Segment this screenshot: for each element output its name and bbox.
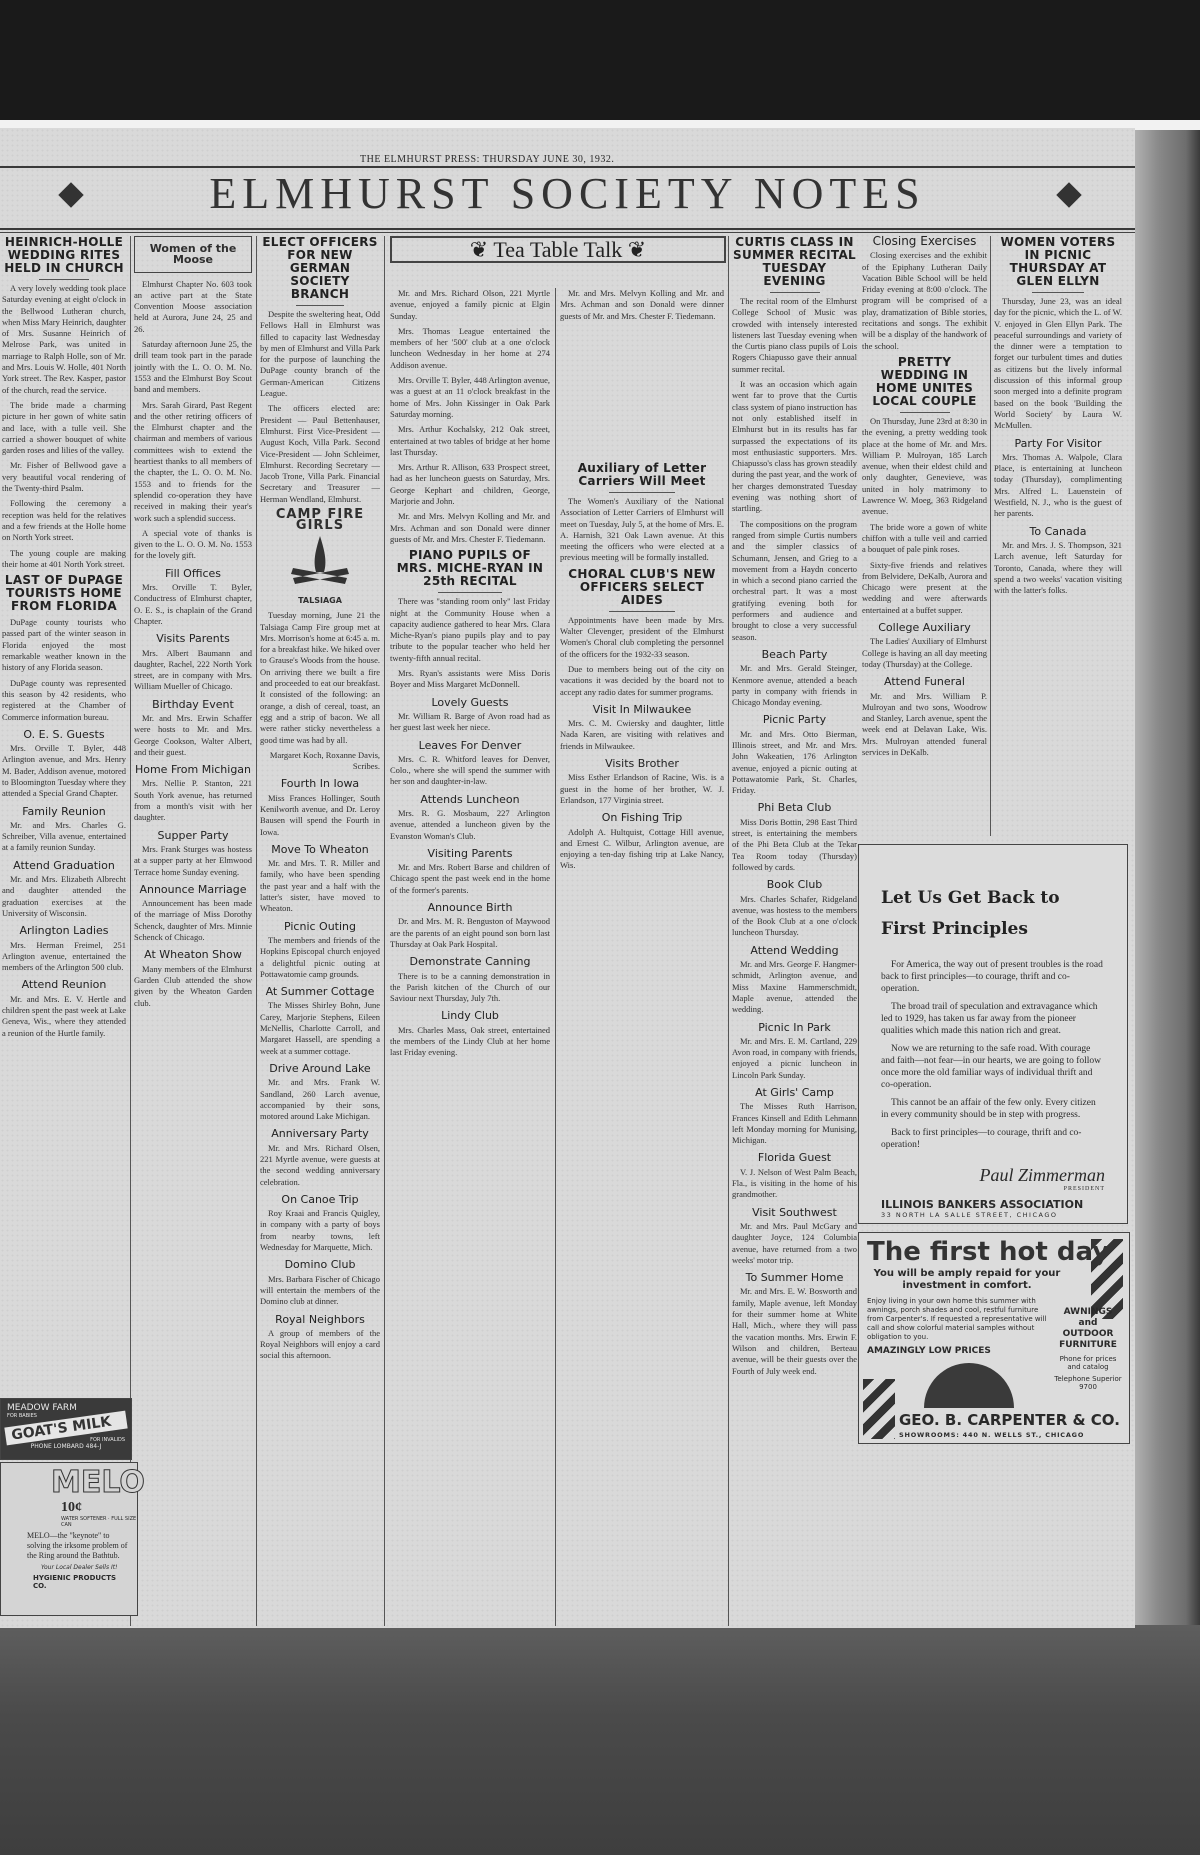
ad-paragraph: Now we are returning to the safe road. W… — [881, 1043, 1105, 1091]
camp-fire-girls-logo: CAMP FIRE GIRLS TALSIAGA — [260, 509, 380, 606]
subhead: Picnic In Park — [732, 1022, 857, 1033]
paragraph: The recital room of the Elmhurst College… — [732, 296, 857, 375]
paragraph: The members and friends of the Hopkins E… — [260, 935, 380, 980]
subhead: Visiting Parents — [390, 848, 550, 859]
paragraph: On Thursday, June 23rd at 8:30 in the ev… — [862, 416, 987, 518]
paragraph: The Misses Ruth Harrison, Frances Kinsel… — [732, 1101, 857, 1146]
ad-paragraph: For America, the way out of present trou… — [881, 959, 1105, 995]
leaf-left-icon: ❦ — [470, 237, 488, 262]
column-6: CURTIS CLASS IN SUMMER RECITAL TUESDAY E… — [732, 236, 857, 1626]
subhead: Attend Graduation — [2, 860, 126, 871]
subhead: Visit Southwest — [732, 1207, 857, 1218]
column-rule — [728, 236, 729, 1626]
running-head: THE ELMHURST PRESS: THURSDAY JUNE 30, 19… — [360, 154, 614, 165]
newspaper-page: THE ELMHURST PRESS: THURSDAY JUNE 30, 19… — [0, 128, 1135, 1628]
paragraph: The officers elected are: President — Pa… — [260, 403, 380, 505]
subhead: Supper Party — [134, 830, 252, 841]
paragraph: Mr. William R. Barge of Avon road had as… — [390, 711, 550, 734]
subhead: Leaves For Denver — [390, 740, 550, 751]
paragraph: Mrs. Herman Freimel, 251 Arlington avenu… — [2, 940, 126, 974]
column-4: Mr. and Mrs. Richard Olson, 221 Myrtle a… — [390, 288, 550, 1626]
ad-address: SHOWROOMS: 440 N. WELLS ST., CHICAGO — [899, 1431, 1084, 1439]
paragraph: The Ladies' Auxiliary of Elmhurst Colleg… — [862, 636, 987, 670]
boxed-headline: Women of the Moose — [134, 236, 252, 273]
subhead: On Fishing Trip — [560, 812, 724, 823]
paragraph: Mr. and Mrs. Elizabeth Albrecht and daug… — [2, 874, 126, 919]
paragraph: Mr. and Mrs. Robert Barse and children o… — [390, 862, 550, 896]
column-5: Mr. and Mrs. Melvyn Kolling and Mr. and … — [560, 288, 724, 1626]
subhead: Anniversary Party — [260, 1128, 380, 1139]
ad-headline: The first hot day — [867, 1239, 1121, 1265]
paragraph: Many members of the Elmhurst Garden Club… — [134, 964, 252, 1009]
paragraph: Mrs. Charles Schafer, Ridgeland avenue, … — [732, 894, 857, 939]
paragraph: There was "standing room only" last Frid… — [390, 596, 550, 664]
paragraph: Mrs. Orville T. Byler, Conductress of El… — [134, 582, 252, 627]
headline: CHORAL CLUB'S NEW OFFICERS SELECT AIDES — [560, 568, 724, 607]
subhead: Arlington Ladies — [2, 925, 126, 936]
subhead: At Wheaton Show — [134, 949, 252, 960]
ad-phone: PHONE LOMBARD 484-J — [1, 1443, 131, 1450]
tea-table-banner: ❦ Tea Table Talk ❦ — [390, 236, 726, 263]
subhead: College Auxiliary — [862, 622, 987, 633]
subhead: Birthday Event — [134, 699, 252, 710]
ad-title: Let Us Get Back to First Principles — [881, 883, 1105, 945]
signature-title: PRESIDENT — [881, 1186, 1105, 1192]
subhead: Visits Parents — [134, 633, 252, 644]
subhead: Attend Wedding — [732, 945, 857, 956]
page-edge-shadow — [1130, 130, 1200, 1630]
paragraph: Mrs. Sarah Girard, Past Regent and the o… — [134, 400, 252, 524]
paragraph: Mrs. Nellie P. Stanton, 221 South York a… — [134, 778, 252, 823]
paragraph: Sixty-five friends and relatives from Be… — [862, 560, 987, 616]
paragraph: The bride wore a gown of white chiffon w… — [862, 522, 987, 556]
paragraph: Elmhurst Chapter No. 603 took an active … — [134, 279, 252, 335]
subhead: To Canada — [994, 526, 1122, 537]
paragraph: Mr. and Mrs. Paul McGary and daughter Jo… — [732, 1221, 857, 1266]
column-rule — [256, 236, 257, 1626]
ad-tagline: MELO—the "keynote" to solving the irksom… — [1, 1528, 137, 1561]
subhead: Lovely Guests — [390, 697, 550, 708]
paragraph: Announcement has been made of the marria… — [134, 898, 252, 943]
column-8: WOMEN VOTERS IN PICNIC THURSDAY AT GLEN … — [994, 236, 1122, 836]
paragraph: Mrs. Ryan's assistants were Miss Doris B… — [390, 668, 550, 691]
subhead: To Summer Home — [732, 1272, 857, 1283]
headline: PIANO PUPILS OF MRS. MICHE-RYAN IN 25th … — [390, 549, 550, 588]
paragraph: Mr. and Mrs. Otto Bierman, Illinois stre… — [732, 729, 857, 797]
paragraph: The Misses Shirley Bohn, June Carey, Mar… — [260, 1000, 380, 1056]
byline: Margaret Koch, Roxanne Davis, Scribes. — [260, 750, 380, 773]
carpenter-awnings-ad: The first hot day You will be amply repa… — [858, 1232, 1130, 1444]
paragraph: Mrs. Thomas League entertained the membe… — [390, 326, 550, 371]
masthead: ELMHURST SOCIETY NOTES — [0, 168, 1135, 219]
subhead: Royal Neighbors — [260, 1314, 380, 1325]
paragraph: The Women's Auxiliary of the National As… — [560, 496, 724, 564]
paragraph: Mr. and Mrs. T. R. Miller and family, wh… — [260, 858, 380, 914]
paragraph: Appointments have been made by Mrs. Walt… — [560, 615, 724, 660]
ad-brand: MEADOW FARM — [1, 1399, 131, 1413]
column-rule — [384, 236, 385, 1626]
paragraph: Closing exercises and the exhibit of the… — [862, 250, 987, 352]
headline: Auxiliary of Letter Carriers Will Meet — [560, 462, 724, 488]
paragraph: The bride made a charming picture in her… — [2, 400, 126, 456]
ad-phone-note: Phone for prices and catalog — [1053, 1355, 1123, 1371]
subhead: Family Reunion — [2, 806, 126, 817]
paragraph: Mr. and Mrs. Gerald Steinger, Kenmore av… — [732, 663, 857, 708]
paragraph: Thursday, June 23, was an ideal day for … — [994, 296, 1122, 432]
paragraph: Due to members being out of the city on … — [560, 664, 724, 698]
column-rule — [555, 288, 556, 1626]
column-3: ELECT OFFICERS FOR NEW GERMAN SOCIETY BR… — [260, 236, 380, 1626]
ad-organization: ILLINOIS BANKERS ASSOCIATION — [881, 1198, 1105, 1211]
ad-body: For America, the way out of present trou… — [881, 959, 1105, 1151]
ad-price: 10¢ — [1, 1500, 137, 1516]
paragraph: Mr. and Mrs. Erwin Schaffer were hosts t… — [134, 713, 252, 758]
subhead: Lindy Club — [390, 1010, 550, 1021]
paragraph: Mrs. Orville T. Byler, 448 Arlington ave… — [390, 375, 550, 420]
subhead: Demonstrate Canning — [390, 956, 550, 967]
subhead: Beach Party — [732, 649, 857, 660]
paragraph: Mr. and Mrs. E. V. Hertle and children s… — [2, 994, 126, 1039]
paragraph: Mr. and Mrs. Frank W. Sandland, 260 Larc… — [260, 1077, 380, 1122]
campfire-icon — [285, 532, 355, 592]
subhead: Visits Brother — [560, 758, 724, 769]
ad-body: Enjoy living in your own home this summe… — [867, 1297, 1047, 1342]
paragraph: Mr. and Mrs. Melvyn Kolling and Mr. and … — [390, 511, 550, 545]
paragraph: Following the ceremony a reception was h… — [2, 498, 126, 543]
leaf-right-icon: ❦ — [628, 237, 646, 262]
scanner-bottom-margin — [0, 1625, 1200, 1855]
paragraph: The young couple are making their home a… — [2, 548, 126, 571]
paragraph: Mr. and Mrs. J. S. Thompson, 321 Larch a… — [994, 540, 1122, 596]
subhead: Drive Around Lake — [260, 1063, 380, 1074]
subhead: Book Club — [732, 879, 857, 890]
headline: LAST OF DuPAGE TOURISTS HOME FROM FLORID… — [2, 574, 126, 613]
paragraph: There is to be a canning demonstration i… — [390, 971, 550, 1005]
paragraph: Mrs. C. M. Cwiersky and daughter, little… — [560, 718, 724, 752]
paragraph: DuPage county was represented this seaso… — [2, 678, 126, 723]
headline: CURTIS CLASS IN SUMMER RECITAL TUESDAY E… — [732, 236, 857, 288]
paragraph: Mr. Fisher of Bellwood gave a very beaut… — [2, 460, 126, 494]
ad-paragraph: The broad trail of speculation and extra… — [881, 1001, 1105, 1037]
paragraph: A very lovely wedding took place Saturda… — [2, 283, 126, 396]
ad-subhead: You will be amply repaid for your invest… — [867, 1268, 1067, 1292]
subhead: On Canoe Trip — [260, 1194, 380, 1205]
headline: WOMEN VOTERS IN PICNIC THURSDAY AT GLEN … — [994, 236, 1122, 288]
subhead: Picnic Party — [732, 714, 857, 725]
headline: ELECT OFFICERS FOR NEW GERMAN SOCIETY BR… — [260, 236, 380, 301]
paragraph: Mr. and Mrs. E. W. Bosworth and family, … — [732, 1286, 857, 1376]
paragraph: Miss Doris Bottin, 298 East Third street… — [732, 817, 857, 873]
masthead-rule-thin — [0, 232, 1135, 233]
ad-paragraph: Back to first principles—to courage, thr… — [881, 1127, 1105, 1151]
paragraph: Despite the sweltering heat, Odd Fellows… — [260, 309, 380, 399]
ad-tag: WATER SOFTENER · FULL SIZE CAN — [1, 1516, 137, 1528]
column-7: Closing Exercises Closing exercises and … — [862, 236, 987, 836]
subhead: Party For Visitor — [994, 438, 1122, 449]
paragraph: V. J. Nelson of West Palm Beach, Fla., i… — [732, 1167, 857, 1201]
ad-paragraph: This cannot be an affair of the few only… — [881, 1097, 1105, 1121]
column-2: Women of the Moose Elmhurst Chapter No. … — [134, 236, 252, 1626]
subhead: Phi Beta Club — [732, 802, 857, 813]
paragraph: Saturday afternoon June 25, the drill te… — [134, 339, 252, 395]
subhead: Domino Club — [260, 1259, 380, 1270]
paragraph: Mrs. Frank Sturges was hostess at a supp… — [134, 844, 252, 878]
subhead: Florida Guest — [732, 1152, 857, 1163]
paragraph: The compositions on the program ranged f… — [732, 519, 857, 643]
subhead: Closing Exercises — [862, 236, 987, 247]
paragraph: Mrs. Arthur Kochalsky, 212 Oak street, e… — [390, 424, 550, 458]
subhead: Visit In Milwaukee — [560, 704, 724, 715]
ad-company: GEO. B. CARPENTER & CO. — [899, 1411, 1120, 1429]
headline: HEINRICH-HOLLE WEDDING RITES HELD IN CHU… — [2, 236, 126, 275]
subhead: Attend Funeral — [862, 676, 987, 687]
ad-brand: MELO — [1, 1463, 137, 1500]
paragraph: Mr. and Mrs. E. M. Cartland, 229 Avon ro… — [732, 1036, 857, 1081]
paragraph: Mr. and Mrs. William P. Mulroyan and two… — [862, 691, 987, 759]
paragraph: Mrs. Thomas A. Walpole, Clara Place, is … — [994, 452, 1122, 520]
ad-phone: Telephone Superior 9700 — [1053, 1375, 1123, 1391]
subhead: Attends Luncheon — [390, 794, 550, 805]
paragraph: Mr. and Mrs. Richard Olsen, 221 Myrtle a… — [260, 1143, 380, 1188]
logo-title: CAMP FIRE GIRLS — [260, 509, 380, 532]
masthead-rule-bottom — [0, 228, 1135, 230]
banner-title: Tea Table Talk — [493, 237, 622, 262]
subhead: Announce Birth — [390, 902, 550, 913]
paragraph: Tuesday morning, June 21 the Talsiaga Ca… — [260, 610, 380, 746]
ad-address: 33 NORTH LA SALLE STREET, CHICAGO — [881, 1211, 1105, 1219]
paragraph: It was an occasion which again went far … — [732, 379, 857, 515]
paragraph: Mrs. R. G. Mosbaum, 227 Arlington avenue… — [390, 808, 550, 842]
ad-sidebar: AWNINGS and OUTDOOR FURNITURE Phone for … — [1053, 1307, 1123, 1391]
goats-milk-ad: MEADOW FARM FOR BABIES GOAT'S MILK FOR I… — [0, 1398, 132, 1460]
paragraph: Mr. and Mrs. Richard Olson, 221 Myrtle a… — [390, 288, 550, 322]
paragraph: Dr. and Mrs. M. R. Benguston of Maywood … — [390, 916, 550, 950]
ad-maker: HYGIENIC PRODUCTS CO. — [1, 1571, 137, 1590]
paragraph: A special vote of thanks is given to the… — [134, 528, 252, 562]
paragraph: Mrs. Orville T. Byler, 448 Arlington ave… — [2, 743, 126, 799]
ad-side-title: AWNINGS and OUTDOOR FURNITURE — [1053, 1307, 1123, 1351]
paragraph: Mrs. Charles Mass, Oak street, entertain… — [390, 1025, 550, 1059]
signature: Paul Zimmerman — [881, 1165, 1105, 1186]
subhead: At Girls' Camp — [732, 1087, 857, 1098]
subhead: At Summer Cottage — [260, 986, 380, 997]
paragraph: Mr. and Mrs. Charles G. Schreiber, Villa… — [2, 820, 126, 854]
scanner-top-margin — [0, 0, 1200, 120]
paragraph: Roy Kraai and Francis Quigley, in compan… — [260, 1208, 380, 1253]
paragraph: Mrs. Arthur R. Allison, 633 Prospect str… — [390, 462, 550, 507]
melo-water-softener-ad: MELO 10¢ WATER SOFTENER · FULL SIZE CAN … — [0, 1462, 138, 1616]
subhead: Move To Wheaton — [260, 844, 380, 855]
paragraph: A group of members of the Royal Neighbor… — [260, 1328, 380, 1362]
subhead: Fourth In Iowa — [260, 778, 380, 789]
paragraph: Mr. and Mrs. Melvyn Kolling and Mr. and … — [560, 288, 724, 458]
subhead: Announce Marriage — [134, 884, 252, 895]
logo-label: TALSIAGA — [260, 595, 380, 606]
subhead: Picnic Outing — [260, 921, 380, 932]
subhead: Home From Michigan — [134, 764, 252, 775]
stripe-ornament-icon — [863, 1379, 895, 1439]
umbrella-illustration-icon — [924, 1363, 1014, 1408]
subhead: Attend Reunion — [2, 979, 126, 990]
paragraph: Adolph A. Hultquist, Cottage Hill avenue… — [560, 827, 724, 872]
paragraph: Mrs. C. R. Whitford leaves for Denver, C… — [390, 754, 550, 788]
paragraph: Miss Esther Erlandson of Racine, Wis. is… — [560, 772, 724, 806]
paragraph: Miss Frances Hollinger, South Kenilworth… — [260, 793, 380, 838]
paragraph: Mrs. Barbara Fischer of Chicago will ent… — [260, 1274, 380, 1308]
column-1: HEINRICH-HOLLE WEDDING RITES HELD IN CHU… — [2, 236, 126, 1376]
subhead: Fill Offices — [134, 568, 252, 579]
ad-dealer: Your Local Dealer Sells It! — [1, 1561, 137, 1571]
paragraph: Mrs. Albert Baumann and daughter, Rachel… — [134, 648, 252, 693]
headline: PRETTY WEDDING IN HOME UNITES LOCAL COUP… — [862, 356, 987, 408]
paragraph: DuPage county tourists who passed part o… — [2, 617, 126, 673]
bankers-association-ad: Let Us Get Back to First Principles For … — [858, 844, 1128, 1224]
paragraph: Mr. and Mrs. George F. Hangmer-schmidt, … — [732, 959, 857, 1015]
column-rule — [990, 236, 991, 836]
subhead: O. E. S. Guests — [2, 729, 126, 740]
